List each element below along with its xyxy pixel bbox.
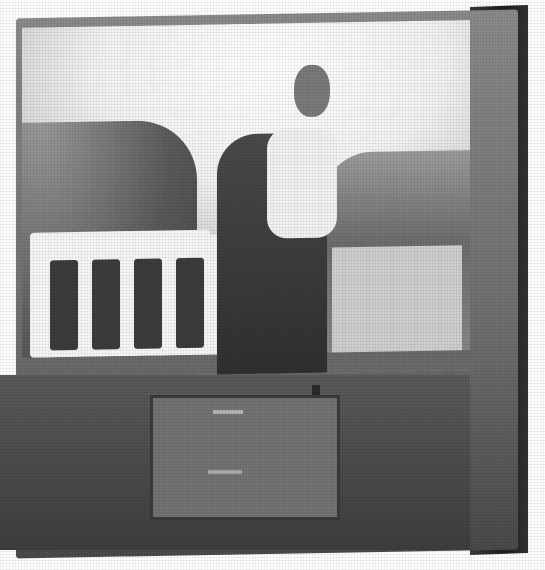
tv-screen: [22, 20, 470, 378]
screen-figure-head: [294, 65, 330, 118]
building-window: [50, 260, 78, 350]
building-window: [176, 258, 204, 348]
brand-mark: [213, 410, 243, 414]
tv-photo: Grainy black-and-white halftone photogra…: [0, 0, 545, 570]
screen-left-building: [30, 230, 210, 358]
tv-speaker-door: [150, 395, 340, 520]
control-mark: [208, 470, 242, 474]
screen-right-building: [332, 245, 462, 367]
building-window: [92, 259, 120, 349]
building-window: [134, 258, 162, 348]
screen-figure-shirt: [267, 127, 337, 238]
